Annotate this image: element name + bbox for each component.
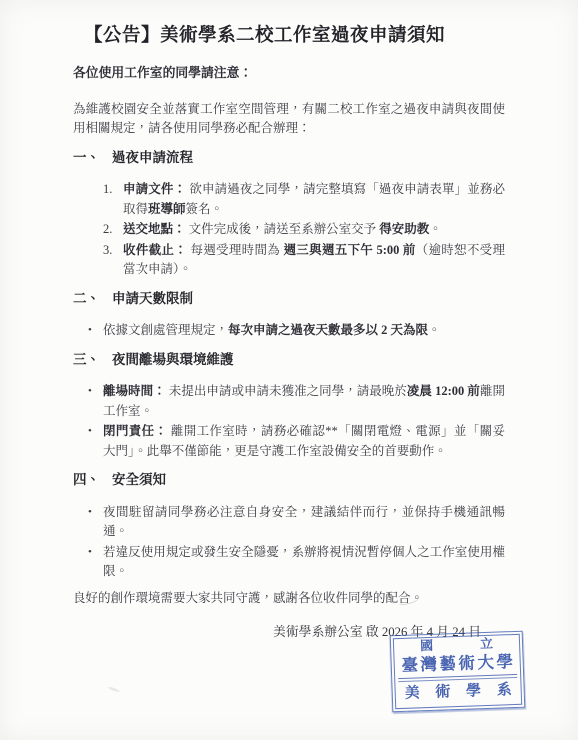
section-application-process: 一、過夜申請流程 1. 申請文件： 欲申請過夜之同學，請完整填寫「過夜申請表單」…	[73, 148, 505, 280]
bullet-list: • 依據文創處管理規定，每次申請之過夜天數最多以 2 天為限。	[73, 321, 505, 341]
section-safety-notice: 四、安全須知 • 夜間駐留請同學務必注意自身安全，建議結伴而行，並保持手機通訊暢…	[73, 470, 505, 582]
text-segment: 。	[428, 323, 441, 337]
item-label: 申請文件：	[123, 182, 186, 196]
text-segment: 每週受理時間為	[187, 243, 283, 257]
list-item: 3. 收件截止： 每週受理時間為 週三與週五下午 5:00 前（逾時恕不受理當次…	[73, 241, 505, 280]
text-segment: 文件完成後，請送至系辦公室交予	[186, 222, 380, 236]
section-number: 三、	[73, 352, 100, 367]
text-segment: 。	[429, 222, 442, 236]
page-title: 【公告】美術學系二校工作室過夜申請須知	[84, 25, 505, 47]
scan-artifact	[108, 686, 120, 693]
text-segment: 夜間駐留請同學務必注意自身安全，建議結伴而行，並保持手機通訊暢通。	[103, 505, 505, 539]
bold-segment: 凌晨 12:00 前	[407, 384, 480, 398]
section-title: 過夜申請流程	[112, 150, 193, 165]
closing-line: 良好的創作環境需要大家共同守護，感謝各位收件同學的配合。	[73, 589, 505, 609]
item-label: 送交地點：	[123, 222, 186, 236]
section-heading: 一、過夜申請流程	[73, 148, 505, 168]
list-item: • 若違反使用規定或發生安全隱憂，系辦將視情況暫停個人之工作室使用權限。	[73, 543, 505, 582]
bold-segment: 得安助教	[379, 222, 429, 236]
section-heading: 二、申請天數限制	[73, 289, 505, 309]
text-segment: 依據文創處管理規定，	[103, 323, 228, 337]
bullet-list: • 離場時間： 未提出申請或申請未獲准之同學，請最晚於凌晨 12:00 前離開工…	[73, 382, 505, 461]
bullet-marker: •	[88, 382, 92, 402]
list-marker: 1.	[103, 180, 112, 200]
stamp-char: 立	[480, 637, 493, 650]
item-text: 離場時間： 未提出申請或申請未獲准之同學，請最晚於凌晨 12:00 前離開工作室…	[103, 384, 505, 418]
stamp-department-name: 美 術 學 系	[395, 682, 521, 703]
list-marker: 2.	[103, 220, 112, 240]
bullet-marker: •	[88, 503, 92, 523]
stamp-char: 美	[404, 685, 420, 703]
item-label: 離場時間：	[103, 384, 166, 398]
section-number: 四、	[73, 472, 100, 487]
item-text: 若違反使用規定或發生安全隱憂，系辦將視情況暫停個人之工作室使用權限。	[103, 545, 505, 579]
list-item: • 依據文創處管理規定，每次申請之過夜天數最多以 2 天為限。	[73, 321, 505, 341]
item-text: 申請文件： 欲申請過夜之同學，請完整填寫「過夜申請表單」並務必取得班導師簽名。	[123, 182, 505, 216]
item-text: 夜間駐留請同學務必注意自身安全，建議結伴而行，並保持手機通訊暢通。	[103, 505, 505, 539]
stamp-divider	[398, 674, 517, 682]
intro-paragraph: 為維護校園安全並落實工作室空間管理，有關二校工作室之過夜申請與夜間使用相關規定，…	[73, 100, 505, 139]
section-number: 一、	[73, 150, 100, 165]
section-heading: 四、安全須知	[73, 470, 505, 490]
list-item: • 離場時間： 未提出申請或申請未獲准之同學，請最晚於凌晨 12:00 前離開工…	[73, 382, 505, 421]
stamp-row-national: 國 立	[394, 636, 519, 653]
numbered-list: 1. 申請文件： 欲申請過夜之同學，請完整填寫「過夜申請表單」並務必取得班導師簽…	[73, 180, 505, 280]
section-title: 夜間離場與環境維護	[112, 352, 234, 367]
list-item: • 夜間駐留請同學務必注意自身安全，建議結伴而行，並保持手機通訊暢通。	[73, 503, 505, 542]
stamp-char: 術	[435, 684, 451, 702]
bold-segment: 班導師	[148, 202, 186, 216]
bullet-marker: •	[88, 422, 92, 442]
item-text: 送交地點： 文件完成後，請送至系辦公室交予 得安助教。	[123, 222, 442, 236]
item-text: 收件截止： 每週受理時間為 週三與週五下午 5:00 前（逾時恕不受理當次申請）…	[123, 243, 505, 277]
greeting-line: 各位使用工作室的同學請注意：	[73, 64, 505, 84]
announcement-document: 【公告】美術學系二校工作室過夜申請須知 各位使用工作室的同學請注意： 為維護校園…	[0, 0, 578, 740]
section-title: 申請天數限制	[112, 291, 193, 306]
item-text: 依據文創處管理規定，每次申請之過夜天數最多以 2 天為限。	[103, 323, 441, 337]
stamp-char: 學	[466, 683, 482, 701]
list-item: • 閉門責任： 離開工作室時，請務必確認**「關閉電燈、電源」並「關妥大門」。此…	[73, 422, 505, 461]
item-label: 閉門責任：	[103, 424, 167, 438]
department-stamp: 國 立 臺灣藝術大學 美 術 學 系	[390, 631, 526, 713]
bullet-marker: •	[88, 543, 92, 563]
stamp-char: 系	[496, 682, 512, 700]
bold-segment: 週三與週五下午 5:00 前	[283, 243, 415, 257]
stamp-border: 國 立 臺灣藝術大學 美 術 學 系	[393, 634, 522, 709]
section-title: 安全須知	[112, 472, 166, 487]
text-segment: 若違反使用規定或發生安全隱憂，系辦將視情況暫停個人之工作室使用權限。	[103, 545, 505, 579]
section-night-departure: 三、夜間離場與環境維護 • 離場時間： 未提出申請或申請未獲准之同學，請最晚於凌…	[73, 350, 505, 462]
bullet-list: • 夜間駐留請同學務必注意自身安全，建議結伴而行，並保持手機通訊暢通。 • 若違…	[73, 503, 505, 582]
item-text: 閉門責任： 離開工作室時，請務必確認**「關閉電燈、電源」並「關妥大門」。此舉不…	[103, 424, 505, 458]
item-label: 收件截止：	[123, 243, 187, 257]
section-day-limit: 二、申請天數限制 • 依據文創處管理規定，每次申請之過夜天數最多以 2 天為限。	[73, 289, 505, 341]
list-item: 1. 申請文件： 欲申請過夜之同學，請完整填寫「過夜申請表單」並務必取得班導師簽…	[73, 180, 505, 219]
list-item: 2. 送交地點： 文件完成後，請送至系辦公室交予 得安助教。	[73, 220, 505, 240]
list-marker: 3.	[103, 241, 112, 261]
text-segment: 未提出申請或申請未獲准之同學，請最晚於	[166, 384, 407, 398]
stamp-char: 國	[420, 639, 433, 652]
bold-segment: 每次申請之過夜天數最多以 2 天為限	[228, 323, 428, 337]
section-heading: 三、夜間離場與環境維護	[73, 350, 505, 370]
text-segment: 簽名。	[186, 202, 224, 216]
section-number: 二、	[73, 291, 100, 306]
bullet-marker: •	[88, 321, 92, 341]
stamp-university-name: 臺灣藝術大學	[394, 652, 520, 673]
